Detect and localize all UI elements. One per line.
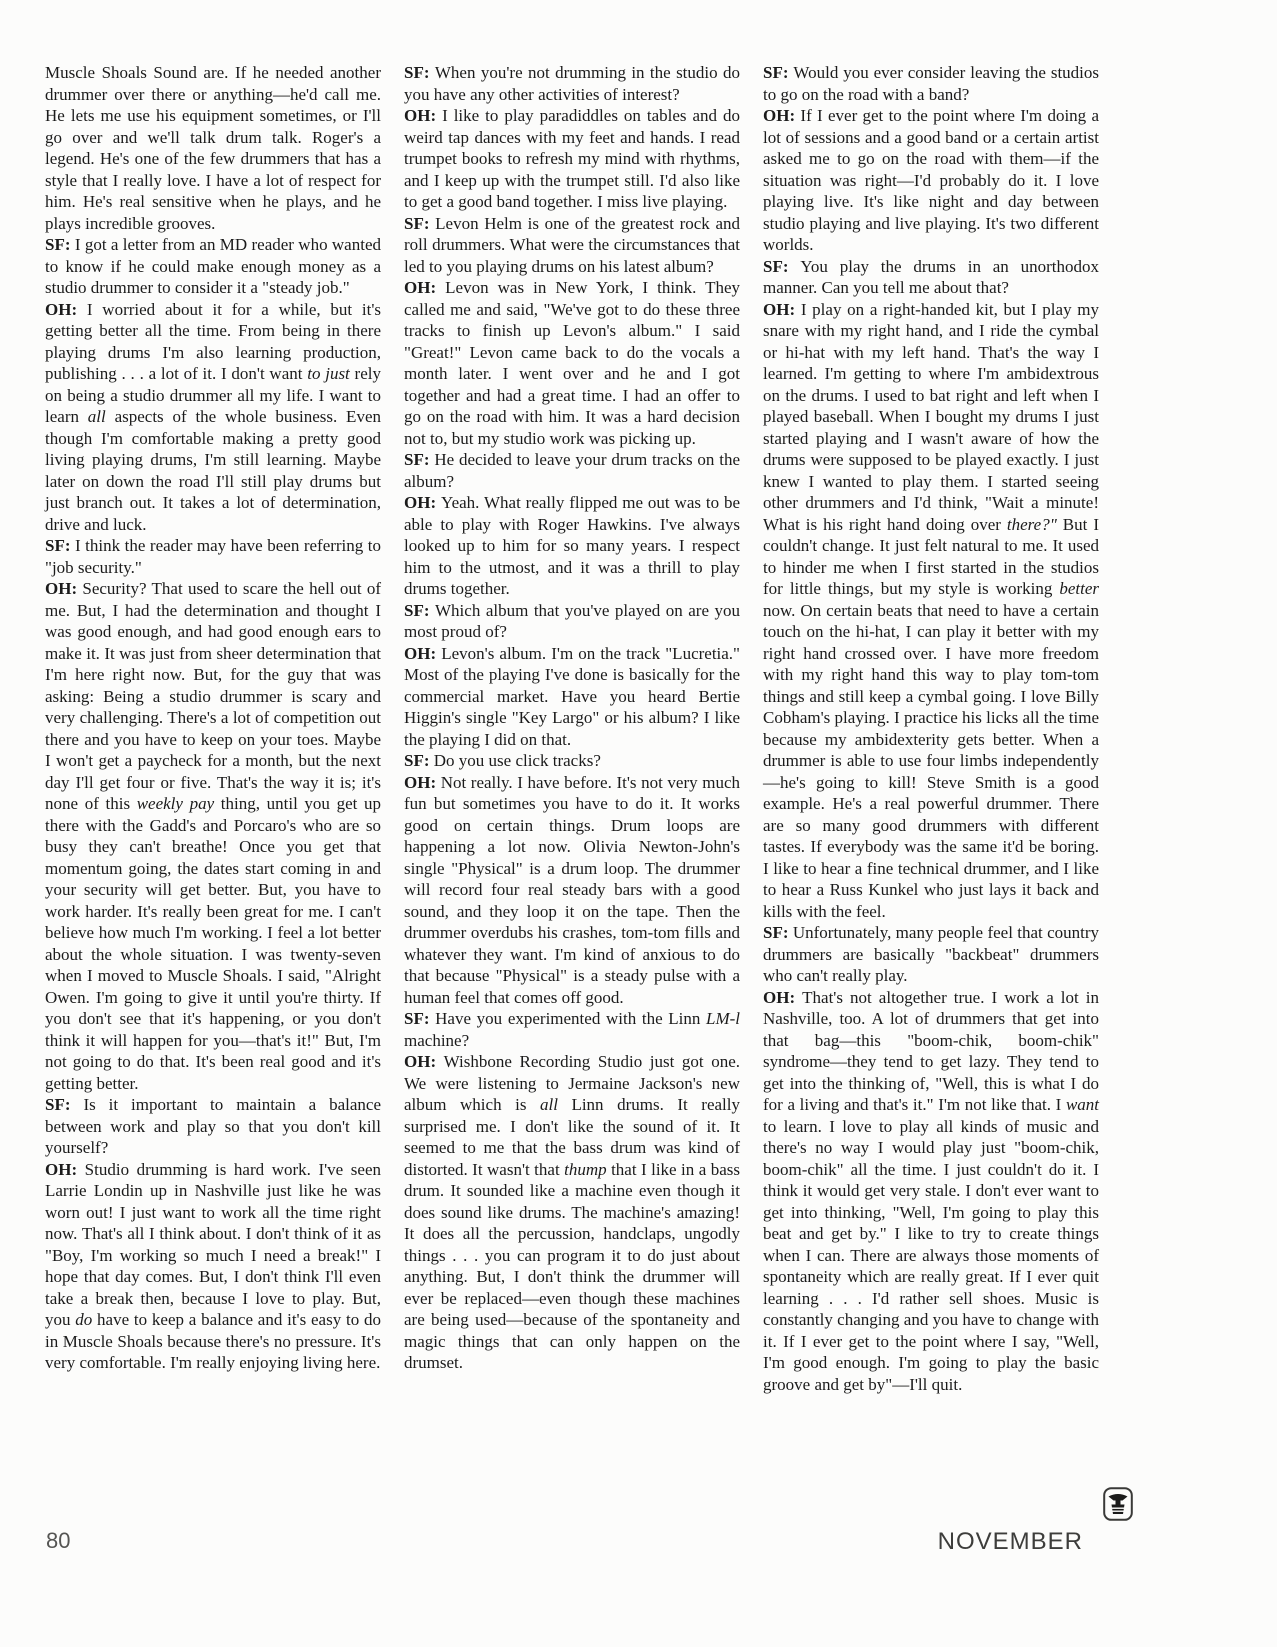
- paragraph: OH: Levon's album. I'm on the track "Luc…: [404, 643, 740, 751]
- speaker-label: OH:: [404, 278, 445, 297]
- paragraph: Muscle Shoals Sound are. If he needed an…: [45, 62, 381, 234]
- speaker-label: SF:: [763, 257, 800, 276]
- speaker-label: OH:: [404, 1052, 444, 1071]
- article-body: Muscle Shoals Sound are. If he needed an…: [45, 62, 1085, 1395]
- paragraph: SF: Would you ever consider leaving the …: [763, 62, 1099, 105]
- text-column-1: Muscle Shoals Sound are. If he needed an…: [45, 62, 381, 1395]
- paragraph: OH: Security? That used to scare the hel…: [45, 578, 381, 1094]
- speaker-label: SF:: [45, 235, 75, 254]
- paragraph: OH: Levon was in New York, I think. They…: [404, 277, 740, 449]
- paragraph: OH: I play on a right-handed kit, but I …: [763, 299, 1099, 923]
- paragraph: OH: Wishbone Recording Studio just got o…: [404, 1051, 740, 1374]
- speaker-label: SF:: [404, 751, 434, 770]
- speaker-label: OH:: [404, 106, 442, 125]
- paragraph: SF: You play the drums in an unorthodox …: [763, 256, 1099, 299]
- paragraph: SF: Do you use click tracks?: [404, 750, 740, 772]
- paragraph: OH: I like to play paradiddles on tables…: [404, 105, 740, 213]
- issue-month-label: NOVEMBER: [938, 1528, 1083, 1556]
- paragraph: SF: He decided to leave your drum tracks…: [404, 449, 740, 492]
- speaker-label: SF:: [404, 63, 435, 82]
- paragraph: SF: I got a letter from an MD reader who…: [45, 234, 381, 299]
- speaker-label: SF:: [45, 1095, 83, 1114]
- paragraph: SF: Have you experimented with the Linn …: [404, 1008, 740, 1051]
- paragraph: SF: Unfortunately, many people feel that…: [763, 922, 1099, 987]
- modern-drummer-end-mark-icon: [1103, 1487, 1133, 1521]
- speaker-label: SF:: [763, 923, 793, 942]
- paragraph: SF: I think the reader may have been ref…: [45, 535, 381, 578]
- paragraph: SF: Levon Helm is one of the greatest ro…: [404, 213, 740, 278]
- speaker-label: SF:: [404, 601, 435, 620]
- speaker-label: SF:: [404, 1009, 435, 1028]
- speaker-label: OH:: [404, 493, 441, 512]
- paragraph: OH: That's not altogether true. I work a…: [763, 987, 1099, 1396]
- paragraph: OH: Yeah. What really flipped me out was…: [404, 492, 740, 600]
- speaker-label: OH:: [404, 773, 441, 792]
- speaker-label: SF:: [404, 214, 435, 233]
- paragraph: OH: If I ever get to the point where I'm…: [763, 105, 1099, 256]
- speaker-label: SF:: [45, 536, 75, 555]
- page-number: 80: [46, 1528, 70, 1554]
- paragraph: SF: Is it important to maintain a balanc…: [45, 1094, 381, 1159]
- speaker-label: OH:: [763, 106, 800, 125]
- paragraph: SF: When you're not drumming in the stud…: [404, 62, 740, 105]
- text-column-3: SF: Would you ever consider leaving the …: [763, 62, 1099, 1395]
- text-column-2: SF: When you're not drumming in the stud…: [404, 62, 740, 1395]
- speaker-label: OH:: [45, 579, 82, 598]
- speaker-label: OH:: [404, 644, 441, 663]
- magazine-page: Muscle Shoals Sound are. If he needed an…: [0, 0, 1277, 1647]
- paragraph: OH: Studio drumming is hard work. I've s…: [45, 1159, 381, 1374]
- paragraph: SF: Which album that you've played on ar…: [404, 600, 740, 643]
- speaker-label: OH:: [45, 1160, 85, 1179]
- speaker-label: OH:: [45, 300, 87, 319]
- speaker-label: OH:: [763, 300, 801, 319]
- speaker-label: SF:: [404, 450, 434, 469]
- paragraph: OH: I worried about it for a while, but …: [45, 299, 381, 536]
- speaker-label: OH:: [763, 988, 802, 1007]
- speaker-label: SF:: [763, 63, 793, 82]
- paragraph: OH: Not really. I have before. It's not …: [404, 772, 740, 1009]
